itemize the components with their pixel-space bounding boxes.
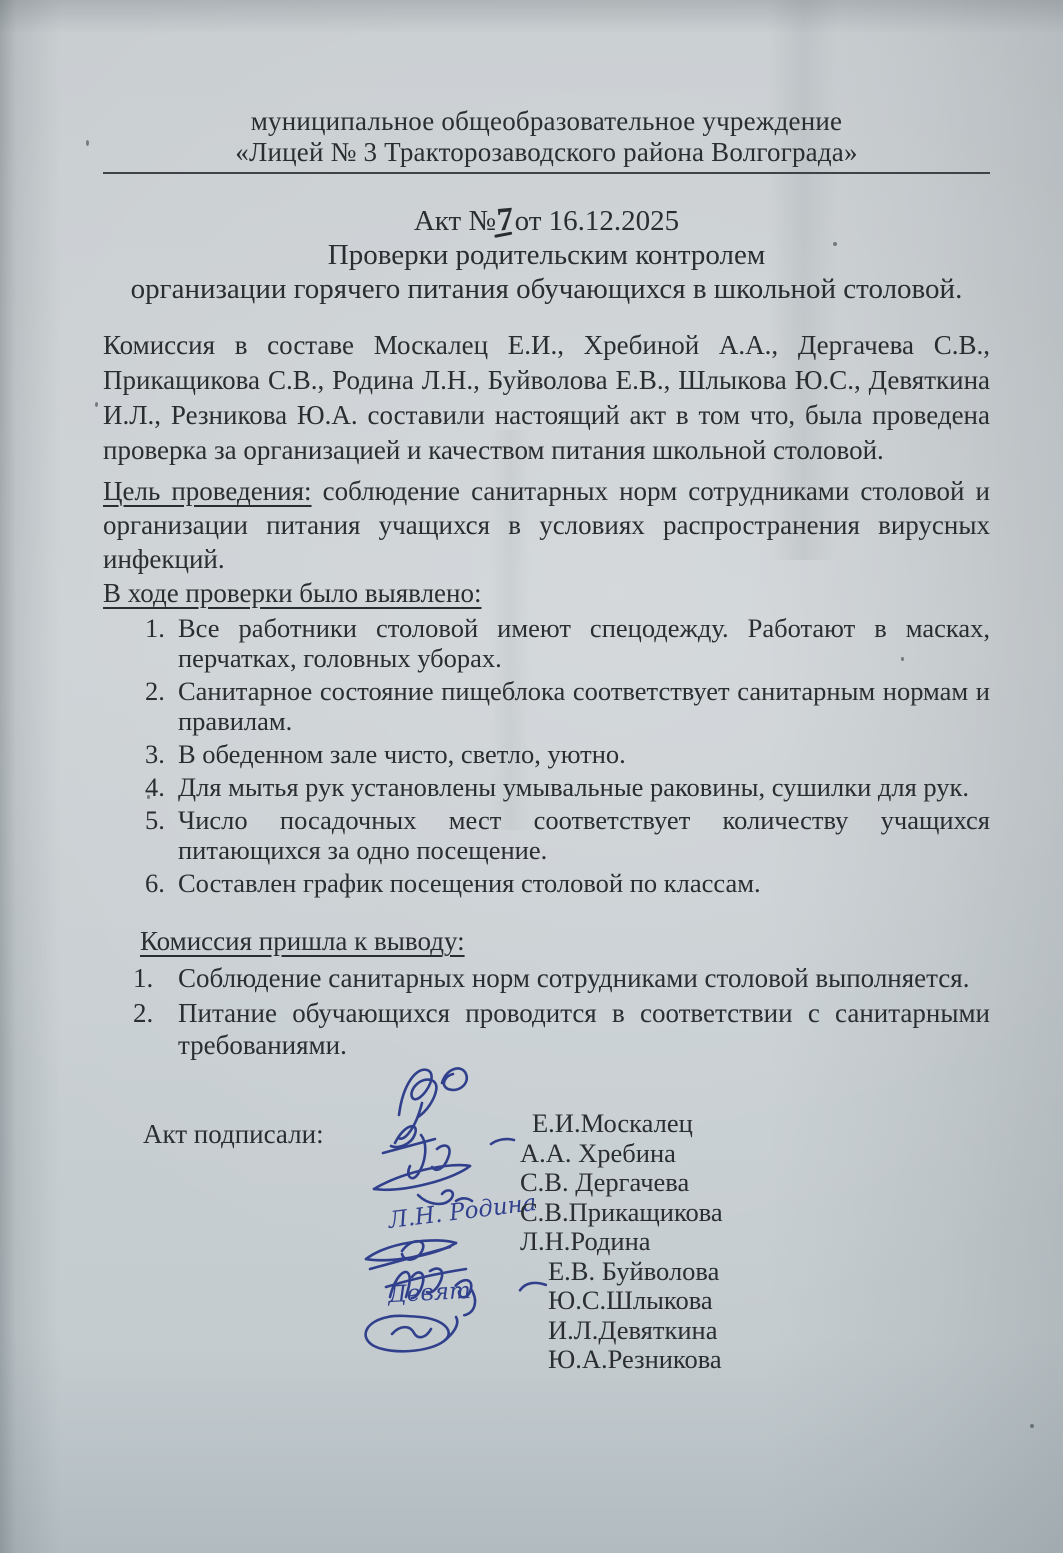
- paper-speck: [1030, 1424, 1034, 1428]
- purpose-paragraph: Цель проведения: соблюдение санитарных н…: [103, 474, 990, 576]
- purpose-label: Цель проведения:: [103, 476, 312, 506]
- findings-heading: В ходе проверки было выявлено:: [103, 576, 990, 610]
- finding-number: 5.: [145, 805, 178, 835]
- document-content: муниципальное общеобразовательное учрежд…: [0, 0, 1063, 1409]
- conclusion-item: 2. Питание обучающихся проводится в соот…: [133, 997, 990, 1061]
- signatory-name: Л.Н.Родина: [520, 1227, 723, 1257]
- scanned-act-document: муниципальное общеобразовательное учрежд…: [0, 0, 1063, 1553]
- signatory-name: Е.И.Москалец: [532, 1109, 723, 1139]
- act-title-prefix: Акт №: [414, 205, 496, 237]
- signatory-name: Е.В. Буйволова: [548, 1257, 723, 1287]
- signature-block: Акт подписали:: [103, 1109, 990, 1409]
- finding-text: Санитарное состояние пищеблока соответст…: [178, 676, 990, 736]
- act-subtitle-line1: Проверки родительским контролем: [103, 238, 990, 272]
- finding-item: 3. В обеденном зале чисто, светло, уютно…: [145, 739, 990, 769]
- signatory-name: И.Л.Девяткина: [548, 1316, 723, 1346]
- signatory-name: А.А. Хребина: [520, 1139, 723, 1169]
- finding-text: Все работники столовой имеют спецодежду.…: [178, 613, 990, 673]
- conclusion-number: 1.: [133, 962, 178, 994]
- signatories-list: Е.И.Москалец А.А. Хребина С.В. Дергачева…: [520, 1109, 723, 1375]
- conclusion-heading: Комиссия пришла к выводу:: [140, 924, 990, 958]
- act-title-suffix: от 16.12.2025: [515, 205, 680, 237]
- conclusion-text: Соблюдение санитарных норм сотрудниками …: [178, 962, 990, 994]
- finding-item: 6. Составлен график посещения столовой п…: [145, 868, 990, 898]
- conclusion-number: 2.: [133, 997, 178, 1029]
- finding-item: 1. Все работники столовой имеют спецодеж…: [145, 613, 990, 673]
- commission-paragraph: Комиссия в составе Москалец Е.И., Хребин…: [103, 328, 990, 468]
- finding-number: 1.: [145, 613, 178, 643]
- signatory-name: Ю.С.Шлыкова: [548, 1286, 723, 1316]
- finding-text: Число посадочных мест соответствует коли…: [178, 805, 990, 865]
- findings-list: 1. Все работники столовой имеют спецодеж…: [145, 613, 990, 898]
- signatory-name: С.В. Дергачева: [520, 1168, 723, 1198]
- finding-item: 5. Число посадочных мест соответствует к…: [145, 805, 990, 865]
- finding-number: 6.: [145, 868, 178, 898]
- finding-number: 4.: [145, 772, 178, 802]
- finding-item: 4. Для мытья рук установлены умывальные …: [145, 772, 990, 802]
- finding-number: 2.: [145, 676, 178, 706]
- handwritten-act-number: 7: [497, 219, 513, 220]
- act-number-line: Акт №7от 16.12.2025: [103, 204, 990, 238]
- finding-text: Составлен график посещения столовой по к…: [178, 868, 990, 898]
- signatory-name: С.В.Прикащикова: [520, 1198, 723, 1228]
- finding-number: 3.: [145, 739, 178, 769]
- signatory-name: Ю.А.Резникова: [548, 1345, 723, 1375]
- conclusion-text: Питание обучающихся проводится в соответ…: [178, 997, 990, 1061]
- conclusion-list: 1. Соблюдение санитарных норм сотрудника…: [133, 962, 990, 1061]
- signature-reznikova: [354, 1303, 464, 1357]
- organization-name-line1: муниципальное общеобразовательное учрежд…: [103, 106, 990, 137]
- act-subtitle-line2: организации горячего питания обучающихся…: [103, 272, 990, 306]
- organization-header: муниципальное общеобразовательное учрежд…: [103, 106, 990, 174]
- finding-item: 2. Санитарное состояние пищеблока соотве…: [145, 676, 990, 736]
- act-title-block: Акт №7от 16.12.2025 Проверки родительски…: [103, 204, 990, 306]
- signed-by-label: Акт подписали:: [143, 1119, 324, 1150]
- conclusion-item: 1. Соблюдение санитарных норм сотрудника…: [133, 962, 990, 994]
- finding-text: В обеденном зале чисто, светло, уютно.: [178, 739, 990, 769]
- organization-name-line2: «Лицей № 3 Тракторозаводского района Вол…: [103, 137, 990, 168]
- finding-text: Для мытья рук установлены умывальные рак…: [178, 772, 990, 802]
